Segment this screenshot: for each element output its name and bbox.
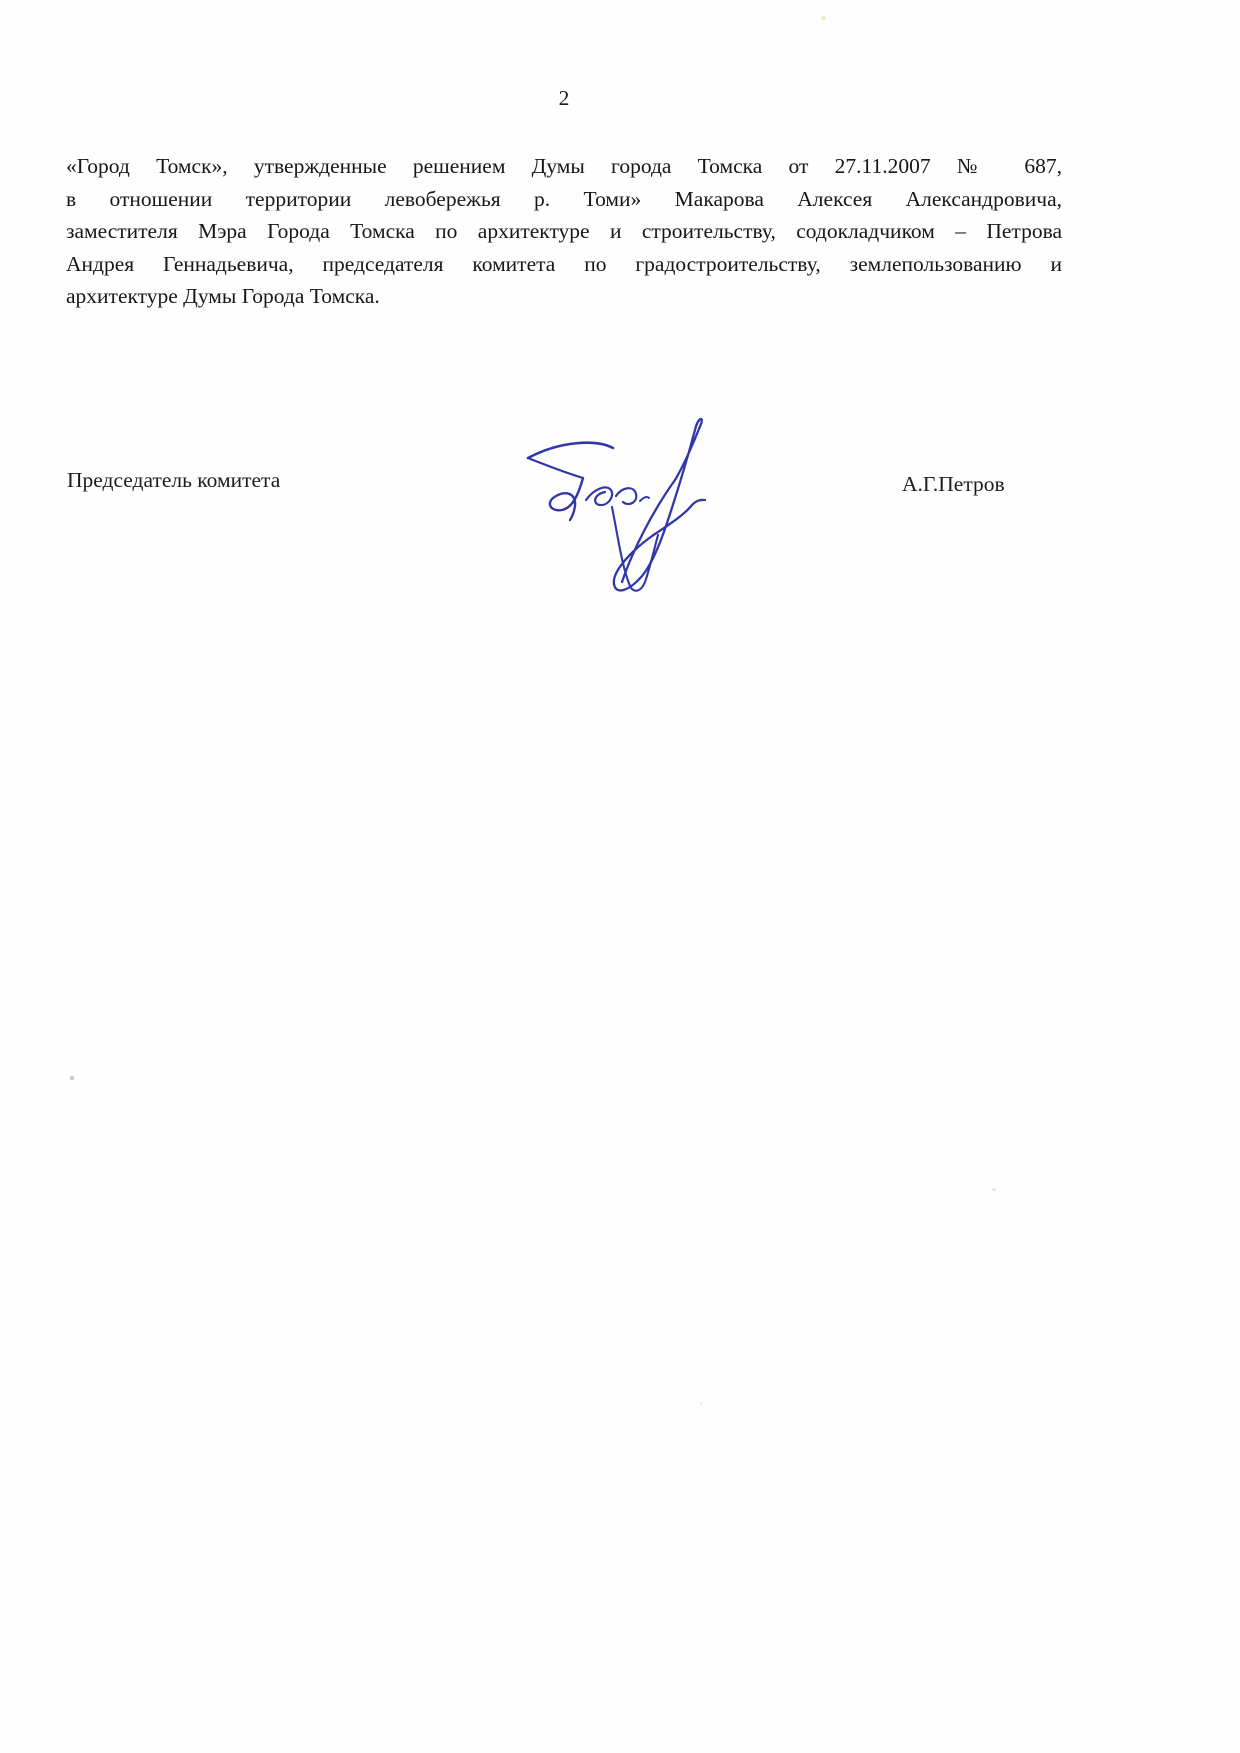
paragraph-line: заместителя Мэра Города Томска по архите… bbox=[66, 215, 1062, 248]
handwritten-signature-ink bbox=[512, 412, 712, 602]
scan-speck bbox=[70, 1076, 74, 1080]
paragraph-line: «Город Томск», утвержденные решением Дум… bbox=[66, 150, 1062, 183]
signatory-name: А.Г.Петров bbox=[902, 472, 1005, 498]
paragraph-line: Андрея Геннадьевича, председателя комите… bbox=[66, 248, 1062, 281]
scan-speck bbox=[700, 1402, 703, 1405]
document-page: 2 «Город Томск», утвержденные решением Д… bbox=[0, 0, 1240, 1753]
signatory-title: Председатель комитета bbox=[67, 468, 280, 494]
paragraph-line: в отношении территории левобережья р. То… bbox=[66, 183, 1062, 216]
paragraph-line: архитектуре Думы Города Томска. bbox=[66, 280, 1062, 313]
paragraph: «Город Томск», утвержденные решением Дум… bbox=[66, 150, 1062, 313]
scan-speck bbox=[821, 16, 826, 20]
page-number: 2 bbox=[66, 88, 1062, 110]
scan-speck bbox=[992, 1188, 996, 1191]
